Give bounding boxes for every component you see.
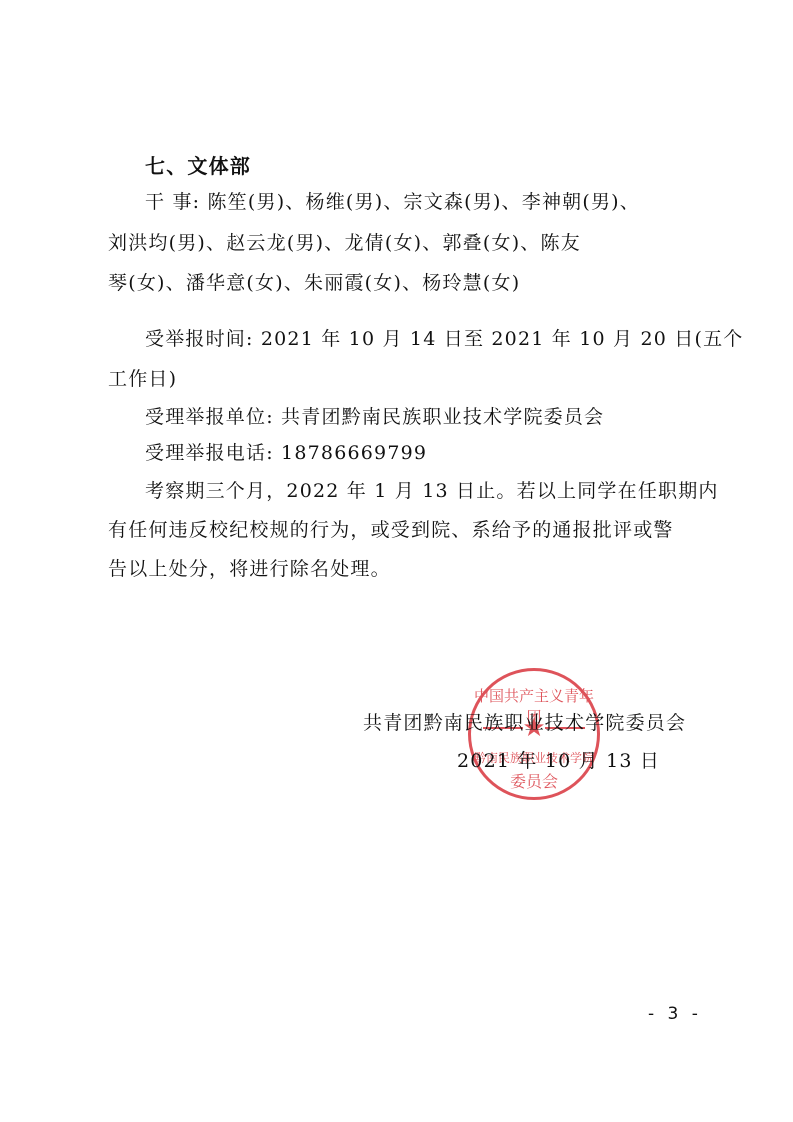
report-unit: 受理举报单位: 共青团黔南民族职业技术学院委员会 <box>145 402 604 429</box>
signature-date: 2021 年 10 月 13 日 <box>457 746 660 773</box>
report-time-line-2: 工作日) <box>108 364 177 391</box>
members-line-1: 干 事: 陈笙(男)、杨维(男)、宗文森(男)、李神朝(男)、 <box>145 187 640 214</box>
report-time-line-1: 受举报时间: 2021 年 10 月 14 日至 2021 年 10 月 20 … <box>145 324 744 351</box>
probation-line-2: 有任何违反校纪校规的行为，或受到院、系给予的通报批评或警 <box>108 515 674 542</box>
probation-line-3: 告以上处分，将进行除名处理。 <box>108 554 391 581</box>
signature-org: 共青团黔南民族职业技术学院委员会 <box>363 708 686 735</box>
page-number: - 3 - <box>648 1004 702 1024</box>
report-phone: 受理举报电话: 18786669799 <box>145 438 427 465</box>
section-heading: 七、文体部 <box>145 150 251 179</box>
members-line-3: 琴(女)、潘华意(女)、朱丽霞(女)、杨玲慧(女) <box>108 268 520 295</box>
members-line-2: 刘洪均(男)、赵云龙(男)、龙倩(女)、郭叠(女)、陈友 <box>108 228 581 255</box>
probation-line-1: 考察期三个月，2022 年 1 月 13 日止。若以上同学在任职期内 <box>145 476 719 503</box>
